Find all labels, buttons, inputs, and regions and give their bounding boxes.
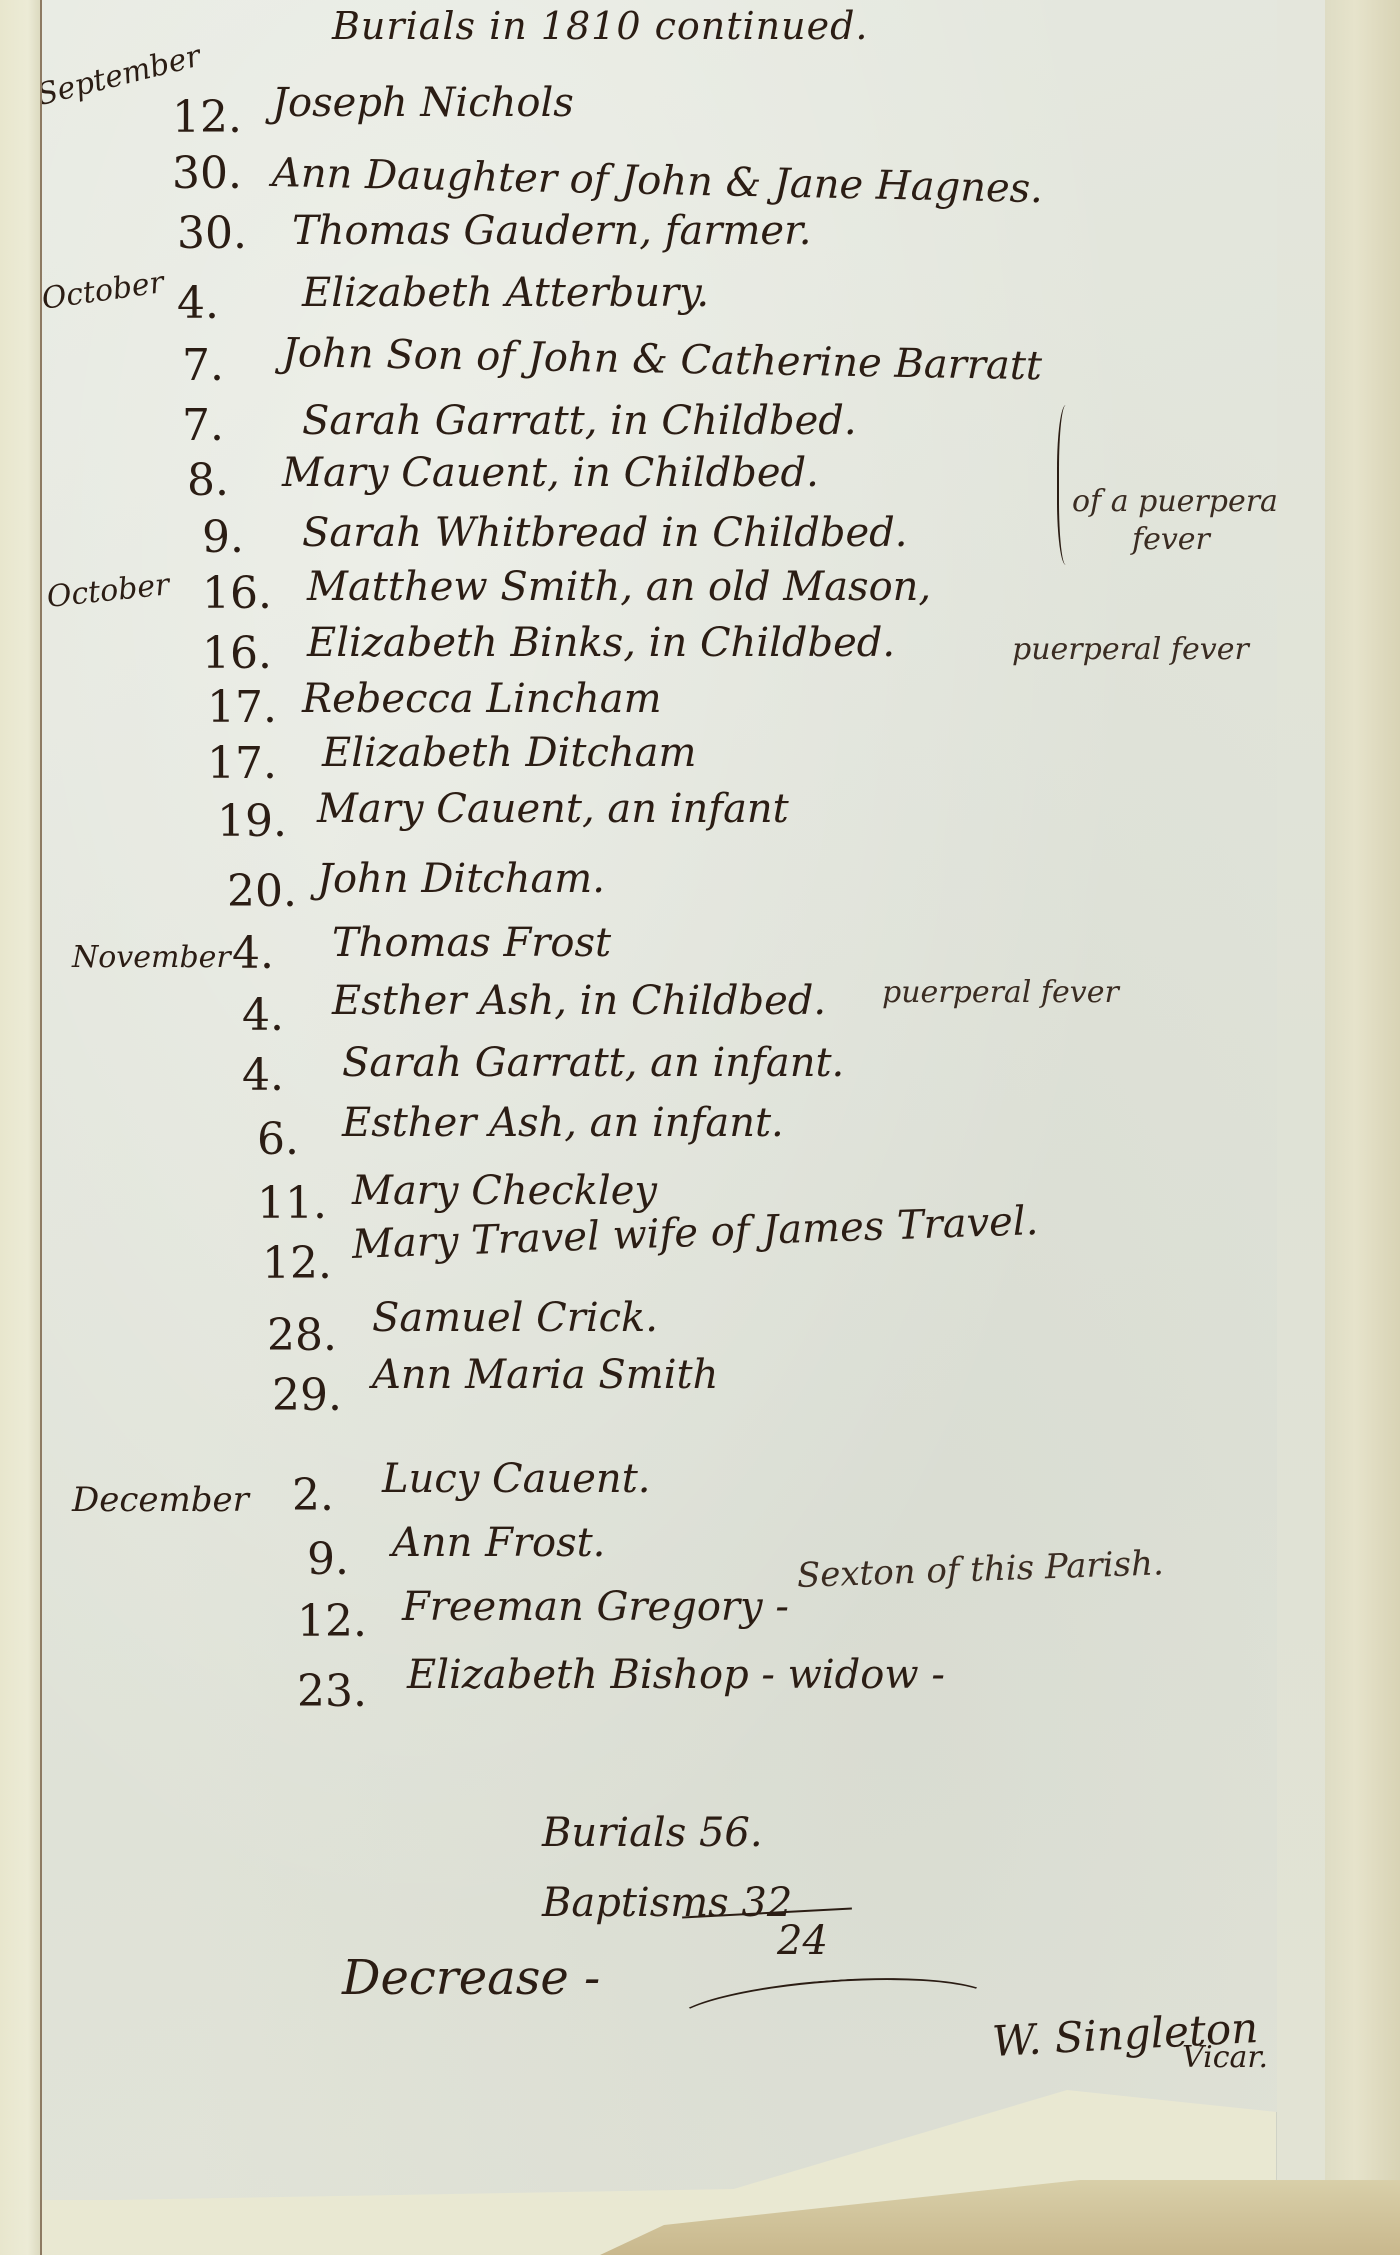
- entry-day: 19.: [217, 796, 287, 847]
- entry-day: 23.: [297, 1666, 367, 1717]
- entry-note: Sexton of this Parish.: [796, 1543, 1164, 1596]
- entry-day: 20.: [227, 866, 297, 917]
- signature-title: Vicar.: [1182, 2040, 1268, 2075]
- entry-name: Elizabeth Bishop - widow -: [407, 1652, 945, 1698]
- entry-name: Elizabeth Ditcham: [322, 730, 696, 776]
- entry-name: Sarah Garratt, an infant.: [342, 1040, 844, 1086]
- entry-name: Ann Daughter of John & Jane Hagnes.: [272, 150, 1044, 212]
- month-label-november: November: [72, 940, 231, 975]
- entry-day: 28.: [267, 1310, 337, 1361]
- entry-day: 29.: [272, 1370, 342, 1421]
- entry-name: Sarah Whitbread in Childbed.: [302, 510, 907, 556]
- entry-name: Freeman Gregory -: [402, 1584, 789, 1630]
- entry-day: 7.: [182, 400, 224, 451]
- entry-day: 4.: [242, 1050, 284, 1101]
- decrease-label: Decrease -: [342, 1950, 600, 2006]
- entry-name: John Ditcham.: [317, 856, 605, 902]
- entry-note: puerperal fever: [882, 975, 1119, 1010]
- entry-day: 17.: [207, 738, 277, 789]
- entry-name: Thomas Frost: [332, 920, 611, 966]
- underlying-pages-edge: [1324, 0, 1400, 2255]
- left-facing-page: [0, 0, 42, 2255]
- entry-day: 6.: [257, 1114, 299, 1165]
- entry-day: 16.: [202, 628, 272, 679]
- entry-name: Matthew Smith, an old Mason,: [307, 564, 931, 610]
- entry-name: Esther Ash, an infant.: [342, 1100, 784, 1146]
- burials-value: 56.: [699, 1810, 763, 1856]
- entry-day: 9.: [202, 512, 244, 563]
- entry-name: Joseph Nichols: [272, 80, 574, 126]
- entry-name: Mary Cauent, an infant: [317, 786, 789, 832]
- underlying-page-bottom: [600, 2180, 1400, 2255]
- entry-name: Lucy Cauent.: [382, 1456, 650, 1502]
- burials-label: Burials: [542, 1810, 686, 1856]
- entry-day: 30.: [172, 148, 242, 199]
- entry-note: puerperal fever: [1012, 632, 1249, 667]
- entry-day: 4.: [232, 928, 274, 979]
- entry-name: Thomas Gaudern, farmer.: [292, 208, 812, 254]
- decrease-value: 24: [777, 1918, 828, 1964]
- entry-name: Ann Frost.: [392, 1520, 605, 1566]
- entry-day: 4.: [242, 990, 284, 1041]
- entry-day: 17.: [207, 682, 277, 733]
- entry-day: 12.: [172, 92, 242, 143]
- burials-total-label: Burials 56.: [542, 1810, 763, 1856]
- entry-name: Elizabeth Binks, in Childbed.: [307, 620, 895, 666]
- entry-day: 12.: [297, 1596, 367, 1647]
- flourish-mark: [670, 1969, 998, 2055]
- month-label-december: December: [72, 1480, 249, 1520]
- entry-day: 30.: [177, 208, 247, 259]
- page-title: Burials in 1810 continued.: [332, 4, 869, 48]
- bracket-note-line1: of a puerperal: [1072, 484, 1288, 519]
- entry-day: 2.: [292, 1470, 334, 1521]
- entry-day: 4.: [177, 278, 219, 329]
- entry-name: Sarah Garratt, in Childbed.: [302, 398, 857, 444]
- entry-name: Mary Checkley: [352, 1168, 657, 1214]
- entry-day: 12.: [262, 1238, 332, 1289]
- entry-day: 8.: [187, 455, 229, 506]
- entry-name: John Son of John & Catherine Barratt: [282, 330, 1043, 389]
- register-page: Burials in 1810 continued. September 12.…: [42, 0, 1277, 2200]
- page-fold-edge: [1276, 0, 1325, 2180]
- entry-name: Samuel Crick.: [372, 1295, 658, 1341]
- month-label-october: October: [45, 567, 171, 615]
- entry-name: Rebecca Lincham: [302, 676, 662, 722]
- month-label-october: October: [40, 265, 166, 317]
- baptisms-total-label: Baptisms 32: [542, 1880, 792, 1926]
- entry-day: 11.: [257, 1178, 327, 1229]
- entry-name: Mary Cauent, in Childbed.: [282, 450, 819, 496]
- baptisms-label: Baptisms: [542, 1880, 729, 1926]
- entry-day: 9.: [307, 1534, 349, 1585]
- entry-name: Elizabeth Atterbury.: [302, 270, 709, 316]
- entry-day: 7.: [182, 340, 224, 391]
- entry-name: Esther Ash, in Childbed.: [332, 978, 826, 1024]
- entry-name: Ann Maria Smith: [372, 1352, 718, 1398]
- entry-day: 16.: [202, 568, 272, 619]
- bracket-note-line2: fever: [1132, 522, 1210, 557]
